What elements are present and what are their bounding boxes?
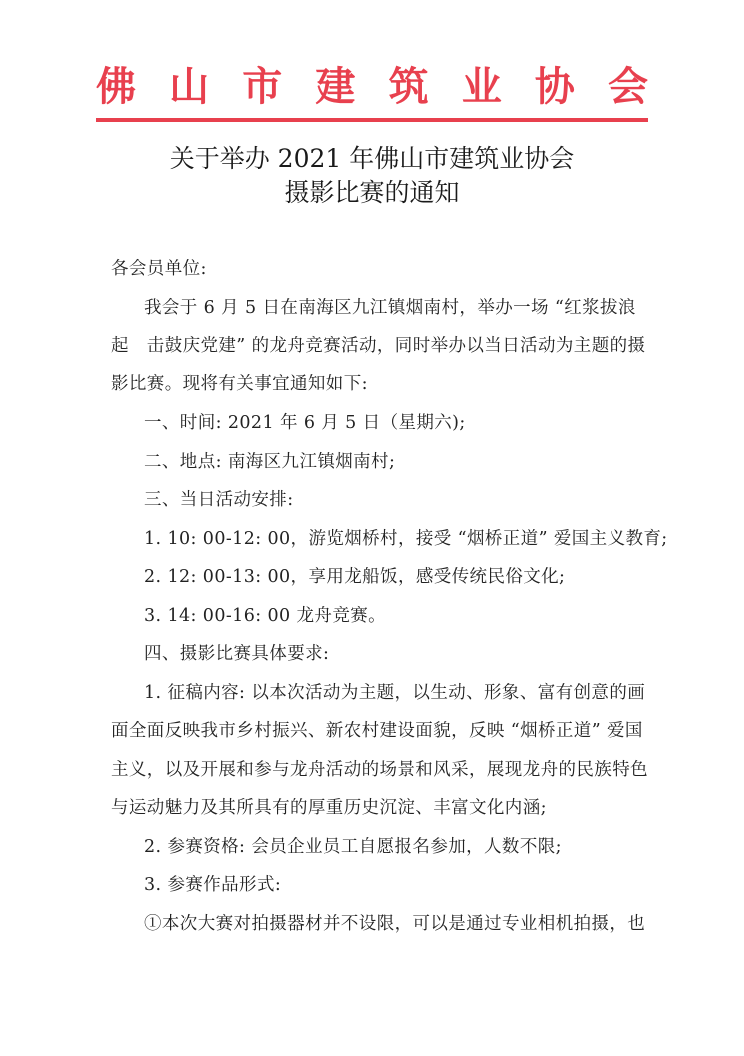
letterhead-red-divider (96, 118, 648, 122)
letterhead-char: 建 (315, 62, 355, 112)
body-line: 四、摄影比赛具体要求: (144, 644, 684, 664)
body-line: 影比赛。现将有关事宜通知如下: (111, 374, 651, 394)
body-line: 我会于 6 月 5 日在南海区九江镇烟南村，举办一场 “红浆拔浪 (144, 298, 684, 318)
letterhead-char: 会 (608, 62, 648, 112)
document-title-line-1: 关于举办 2021 年佛山市建筑业协会 (96, 143, 648, 175)
body-line: 与运动魅力及其所具有的厚重历史沉淀、丰富文化内涵; (111, 798, 651, 818)
document-title-line-2: 摄影比赛的通知 (96, 177, 648, 209)
body-line: 起 击鼓庆党建” 的龙舟竞赛活动，同时举办以当日活动为主题的摄 (111, 336, 651, 356)
letterhead-char: 协 (535, 62, 575, 112)
letterhead-char: 佛 (96, 62, 136, 112)
letterhead-char: 市 (242, 62, 282, 112)
body-line: 面全面反映我市乡村振兴、新农村建设面貌，反映 “烟桥正道” 爱国 (111, 721, 651, 741)
body-line: 一、时间: 2021 年 6 月 5 日（星期六); (144, 413, 684, 433)
body-line: 三、当日活动安排: (144, 490, 684, 510)
letterhead-char: 筑 (389, 62, 429, 112)
body-line: 1. 10: 00-12: 00，游览烟桥村，接受 “烟桥正道” 爱国主义教育; (144, 529, 684, 549)
body-line: 1. 征稿内容: 以本次活动为主题，以生动、形象、富有创意的画 (144, 683, 684, 703)
letterhead-organization-name: 佛 山 市 建 筑 业 协 会 (96, 62, 648, 112)
letterhead-char: 山 (169, 62, 209, 112)
letterhead-char: 业 (462, 62, 502, 112)
body-line: 2. 参赛资格: 会员企业员工自愿报名参加，人数不限; (144, 837, 684, 857)
body-line: ①本次大赛对拍摄器材并不设限，可以是通过专业相机拍摄，也 (144, 914, 684, 934)
body-line: 二、地点: 南海区九江镇烟南村; (144, 452, 684, 472)
body-line: 2. 12: 00-13: 00，享用龙船饭，感受传统民俗文化; (144, 567, 684, 587)
salutation: 各会员单位: (111, 259, 651, 279)
body-line: 主义，以及开展和参与龙舟活动的场景和风采，展现龙舟的民族特色 (111, 760, 651, 780)
body-line: 3. 参赛作品形式: (144, 875, 684, 895)
body-line: 3. 14: 00-16: 00 龙舟竞赛。 (144, 606, 684, 626)
